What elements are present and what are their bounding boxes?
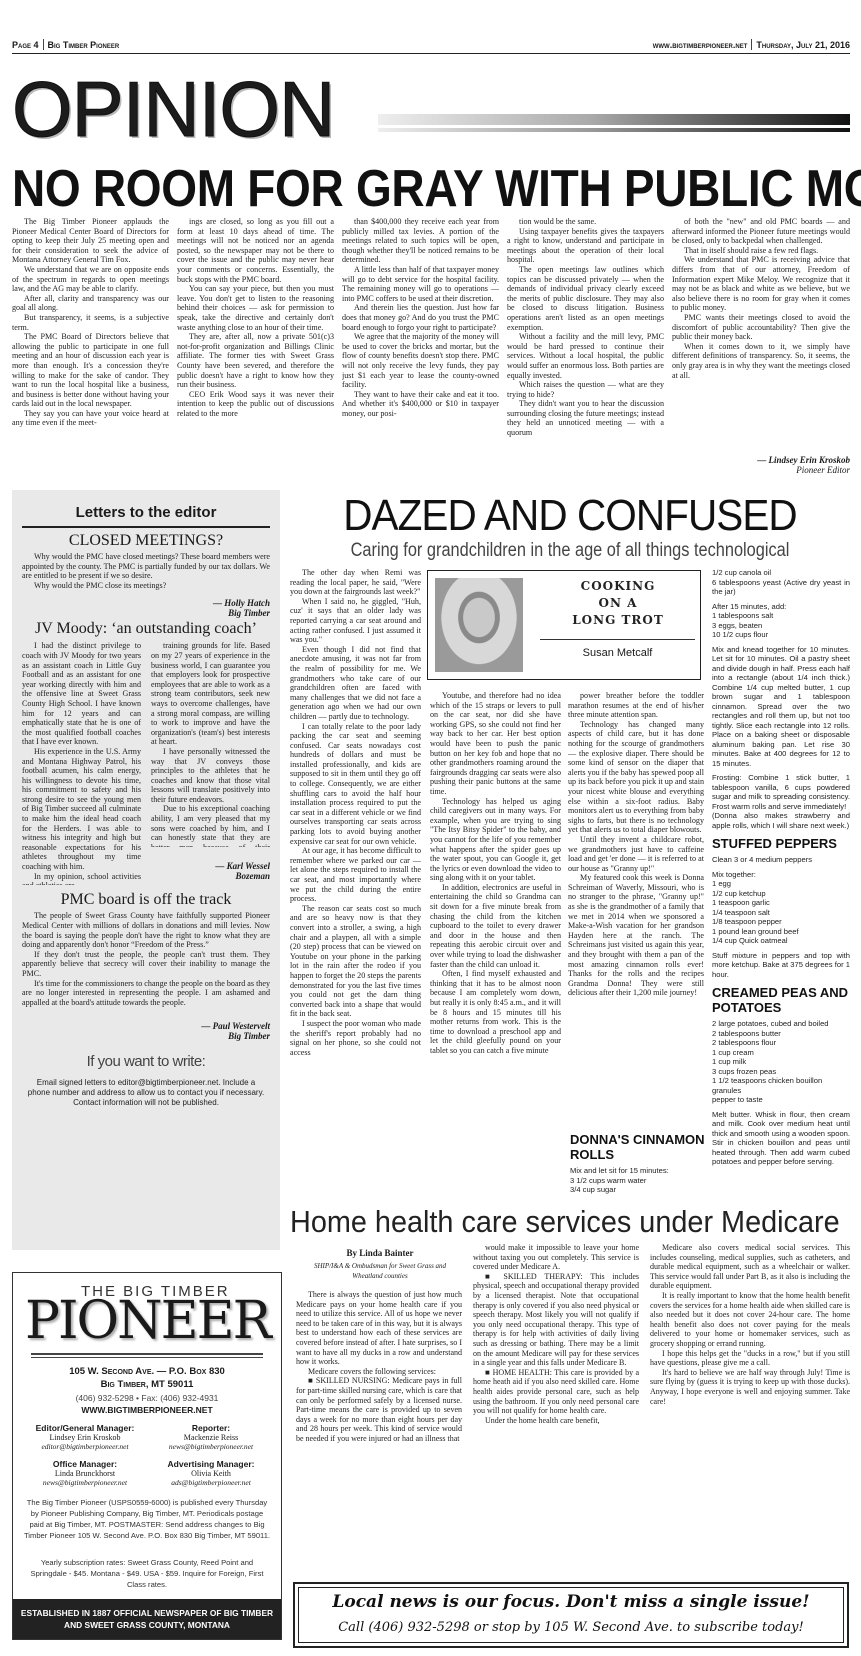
staff-advertising-manager: Advertising Manager: Olivia Keith ads@bi…	[151, 1459, 271, 1487]
paragraph: Medicare also covers medical social serv…	[650, 1243, 850, 1291]
masthead: PIONEER THE BIG TIMBER 105 W. Second Ave…	[12, 1272, 282, 1640]
section-title: Opinion	[12, 70, 334, 148]
paragraph: Technology has changed many aspects of c…	[568, 720, 704, 835]
letter-signature: — Karl Wessel Bozeman	[151, 861, 270, 881]
masthead-website[interactable]: WWW.BIGTIMBERPIONEER.NET	[13, 1405, 281, 1415]
paragraph: I had the distinct privilege to coach wi…	[22, 641, 141, 747]
recipe-title: DONNA'S CINNAMON ROLLS	[570, 1132, 705, 1162]
paragraph: I suspect the poor woman who made the sh…	[290, 1019, 421, 1057]
paragraph: My featured cook this week is Donna Schr…	[568, 873, 704, 998]
recipe-ingredient: 2 tablespoons flour	[712, 1038, 850, 1048]
column-name-line: ON A	[543, 596, 693, 610]
letter-town: Big Timber	[22, 1031, 270, 1041]
paragraph: Under the home health care benefit,	[473, 1416, 639, 1426]
paragraph: ■ HOME HEALTH: This care is provided by …	[473, 1368, 639, 1416]
staff-role: Reporter:	[151, 1423, 271, 1433]
paragraph: They didn't want you to hear the discuss…	[507, 399, 664, 437]
paragraph: ings are closed, so long as you fill out…	[177, 217, 334, 284]
paragraph: If they don't trust the people, the peop…	[22, 950, 270, 979]
paragraph: Medicare covers the following services:	[296, 1367, 462, 1377]
paragraph: They say you can have your voice heard a…	[12, 409, 169, 428]
recipe-ingredient: 2 large potatoes, cubed and boiled	[712, 1019, 850, 1029]
paragraph: Without a facility and the mill levy, PM…	[507, 332, 664, 380]
established-banner: ESTABLISHED IN 1887 OFFICIAL NEWSPAPER O…	[13, 1599, 281, 1639]
staff-reporter: Reporter: Mackenzie Reiss news@bigtimber…	[151, 1423, 271, 1451]
divider	[31, 1353, 263, 1355]
article-subheadline: Caring for grandchildren in the age of a…	[329, 540, 811, 562]
paragraph: They want to have their cake and eat it …	[342, 390, 499, 419]
paragraph: Due to his exceptional coaching ability,…	[151, 804, 270, 847]
paragraph: Often, I find myself exhausted and think…	[430, 969, 561, 1055]
article-column: There is always the question of just how…	[296, 1290, 462, 1575]
masthead-logo: PIONEER	[25, 1293, 270, 1349]
letter-signature: — Holly Hatch Big Timber	[22, 598, 270, 618]
recipe-ingredient: 1 1/2 teaspoons chicken bouillon granule…	[712, 1076, 850, 1095]
issue-date: Thursday, July 21, 2016	[756, 40, 850, 50]
article-column: Medicare also covers medical social serv…	[650, 1243, 850, 1575]
paragraph: That in itself should raise a few red fl…	[672, 246, 850, 256]
editorial-column: of both the "new" and old PMC boards — a…	[672, 217, 850, 447]
recipe-ingredient: 1 cup cream	[712, 1048, 850, 1058]
paragraph: We understand that PMC is receiving advi…	[672, 255, 850, 313]
staff-role: Advertising Manager:	[151, 1459, 271, 1469]
recipe-frosting: Frosting: Combine 1 stick butter, 1 tabl…	[712, 773, 850, 811]
recipe-ingredient: 3 1/2 cups warm water	[570, 1176, 705, 1186]
paragraph: Technology has helped us aging child car…	[430, 797, 561, 883]
byline: By Linda Bainter SHIP/I&A & Ombudsman fo…	[300, 1248, 460, 1281]
editorial-column: ings are closed, so long as you fill out…	[177, 217, 334, 483]
recipe-cinnamon-rolls: DONNA'S CINNAMON ROLLS Mix and let sit f…	[570, 1132, 705, 1195]
recipe-ingredient: 1 egg	[712, 879, 850, 889]
editorial-signature: — Lindsey Erin Kroskob Pioneer Editor	[672, 455, 850, 475]
masthead-city: Big Timber, MT 59011	[13, 1379, 281, 1390]
paragraph: When it comes down to it, we simply have…	[672, 342, 850, 380]
paper-name: Big Timber Pioneer	[48, 40, 120, 50]
paragraph: Until they invent a childcare robot, we …	[568, 835, 704, 873]
paragraph: You can say your piece, but then you mus…	[177, 284, 334, 332]
recipe-step: Mix together:	[712, 870, 850, 880]
recipe-step: Clean 3 or 4 medium peppers	[712, 855, 850, 865]
letter-body: Why would the PMC have closed meetings? …	[22, 552, 270, 590]
page-header: Page 4Big Timber Pioneer www.bigtimberpi…	[12, 36, 850, 54]
paragraph: At our age, it has become difficult to r…	[290, 846, 421, 904]
recipe-ingredient: 1 teaspoon garlic	[712, 898, 850, 908]
subscribe-banner: Local news is our focus. Don't miss a si…	[293, 1582, 849, 1648]
paragraph: A little less than half of that taxpayer…	[342, 265, 499, 303]
letters-box: Letters to the editor CLOSED MEETINGS? W…	[12, 490, 280, 1250]
page-number: Page 4	[12, 40, 39, 50]
staff-email[interactable]: news@bigtimberpioneer.net	[151, 1442, 271, 1451]
paragraph: The open meetings law outlines which top…	[507, 265, 664, 332]
paragraph: Youtube, and therefore had no idea which…	[430, 691, 561, 797]
paragraph: of both the "new" and old PMC boards — a…	[672, 217, 850, 246]
staff-name: Olivia Keith	[151, 1469, 271, 1478]
masthead-logo-prefix: THE BIG TIMBER	[81, 1283, 230, 1300]
recipe-ingredient: 3 eggs, beaten	[712, 621, 850, 631]
staff-email[interactable]: news@bigtimberpioneer.net	[25, 1478, 145, 1487]
article-column: Youtube, and therefore had no idea which…	[430, 691, 561, 1200]
divider	[540, 639, 695, 640]
recipe-ingredient: 1 cup milk	[712, 1057, 850, 1067]
recipe-ingredient: 1 tablespoons salt	[712, 611, 850, 621]
recipe-column: 1/2 cup canola oil 6 tablespoons yeast (…	[712, 568, 850, 1167]
letter-headline: JV Moody: ‘an outstanding coach’	[12, 620, 280, 638]
letter-author: — Paul Westervelt	[22, 1021, 270, 1031]
paragraph: There is always the question of just how…	[296, 1290, 462, 1367]
section-decoration-bar	[378, 114, 850, 125]
author-photo	[435, 578, 523, 672]
recipe-ingredient: 6 tablespoons yeast (Active dry yeast in…	[712, 578, 850, 597]
paragraph: The people of Sweet Grass County have fa…	[22, 911, 270, 949]
paragraph: We understand that we are on opposite en…	[12, 265, 169, 294]
paragraph: ■ SKILLED NURSING: Medicare pays in full…	[296, 1376, 462, 1443]
paragraph: It is really important to know that the …	[650, 1291, 850, 1349]
paragraph: The reason car seats cost so much and ar…	[290, 904, 421, 1019]
paragraph: would make it impossible to leave your h…	[473, 1243, 639, 1272]
write-instructions-title: If you want to write:	[12, 1053, 280, 1070]
paragraph: The other day when Remi was reading the …	[290, 568, 421, 597]
paragraph: They are, after all, now a private 501(c…	[177, 332, 334, 390]
article-headline: DAZED AND CONFUSED	[312, 493, 827, 539]
article-column: The other day when Remi was reading the …	[290, 568, 421, 1200]
recipe-ingredient: 3 cups frozen peas	[712, 1067, 850, 1077]
editorial-headline: NO ROOM FOR GRAY WITH PUBLIC MONEY	[12, 160, 852, 216]
paragraph: CEO Erik Wood says it was never their in…	[177, 390, 334, 419]
section-decoration-bar	[378, 128, 850, 132]
recipe-ingredient: 1/8 teaspoon pepper	[712, 917, 850, 927]
recipe-step: After 15 minutes, add:	[712, 602, 850, 612]
divider	[31, 1357, 263, 1358]
header-left: Page 4Big Timber Pioneer	[12, 39, 119, 50]
staff-name: Lindsey Erin Kroskob	[25, 1433, 145, 1442]
paragraph: ■ SKILLED THERAPY: This includes physica…	[473, 1272, 639, 1368]
banner-headline: Local news is our focus. Don't miss a si…	[295, 1592, 847, 1612]
recipe-directions: Stuff mixture in peppers and top with mo…	[712, 951, 850, 980]
website-link[interactable]: www.bigtimberpioneer.net	[653, 40, 748, 50]
byline-title: SHIP/I&A & Ombudsman for Sweet Grass and…	[300, 1261, 460, 1281]
recipe-ingredients: 2 large potatoes, cubed and boiled2 tabl…	[712, 1019, 850, 1105]
recipe-ingredient: 1/4 teaspoon salt	[712, 908, 850, 918]
article-column: would make it impossible to leave your h…	[473, 1243, 639, 1575]
paragraph: Why would the PMC close its meetings?	[22, 581, 270, 591]
write-instructions-body: Email signed letters to editor@bigtimber…	[26, 1078, 266, 1108]
recipe-step: Mix and let sit for 15 minutes:	[570, 1166, 705, 1176]
staff-editor: Editor/General Manager: Lindsey Erin Kro…	[25, 1423, 145, 1451]
staff-name: Mackenzie Reiss	[151, 1433, 271, 1442]
paragraph: But transparency, it seems, is a subject…	[12, 313, 169, 332]
paragraph: I can totally relate to the poor lady pa…	[290, 722, 421, 847]
paragraph: His experience in the U.S. Army and Mont…	[22, 747, 141, 872]
recipe-title: CREAMED PEAS AND POTATOES	[712, 985, 850, 1015]
recipe-directions: Melt butter. Whisk in flour, then cream …	[712, 1110, 850, 1167]
recipe-ingredient: 1 pound lean ground beef	[712, 927, 850, 937]
staff-role: Editor/General Manager:	[25, 1423, 145, 1433]
signature-name: — Lindsey Erin Kroskob	[672, 455, 850, 465]
paragraph: PMC wants their meetings closed to avoid…	[672, 313, 850, 342]
paragraph: training grounds for life. Based on my 2…	[151, 641, 270, 747]
recipe-ingredient: 1/2 cup canola oil	[712, 568, 850, 578]
subscription-rates: Yearly subscription rates: Sweet Grass C…	[13, 1557, 281, 1590]
paragraph: The Big Timber Pioneer applauds the Pion…	[12, 217, 169, 265]
paragraph: And therein lies the question. Just how …	[342, 303, 499, 332]
letters-title: Letters to the editor	[12, 490, 280, 521]
divider	[43, 39, 44, 50]
letter-town: Bozeman	[151, 871, 270, 881]
letter-body: training grounds for life. Based on my 2…	[151, 641, 270, 847]
letter-author: — Karl Wessel	[151, 861, 270, 871]
recipe-ingredient: 2 tablespoons butter	[712, 1029, 850, 1039]
recipe-ingredient: 3/4 cup sugar	[570, 1185, 705, 1195]
letter-column: training grounds for life. Based on my 2…	[151, 641, 270, 885]
staff-office-manager: Office Manager: Linda Brunckhorst news@b…	[25, 1459, 145, 1487]
recipe-ingredient: 10 1/2 cups flour	[712, 630, 850, 640]
paragraph: Which raises the question — what are the…	[507, 380, 664, 399]
masthead-phone: (406) 932-5298 • Fax: (406) 932-4931	[13, 1393, 281, 1403]
publication-info: The Big Timber Pioneer (USPS0559-6000) i…	[13, 1497, 281, 1541]
letter-body: The people of Sweet Grass County have fa…	[22, 911, 270, 1007]
paragraph: than $400,000 they receive each year fro…	[342, 217, 499, 265]
paragraph: I hope this helps get the "ducks in a ro…	[650, 1349, 850, 1368]
paragraph: In my opinion, school activities and ath…	[22, 872, 141, 886]
banner-call-to-action: Call (406) 932-5298 or stop by 105 W. Se…	[295, 1620, 847, 1635]
divider	[22, 526, 270, 528]
paragraph: In addition, electronics are useful in e…	[430, 883, 561, 969]
paragraph: We agree that the majority of the money …	[342, 332, 499, 390]
paragraph: Even though I did not find that anecdote…	[290, 645, 421, 722]
paragraph: power breather before the toddler marath…	[568, 691, 704, 720]
letter-author: — Holly Hatch	[22, 598, 270, 608]
paragraph: The PMC Board of Directors believe that …	[12, 332, 169, 409]
column-header-box: COOKING ON A LONG TROT Susan Metcalf	[427, 570, 701, 680]
letter-headline: PMC board is off the track	[12, 891, 280, 909]
byline-author: By Linda Bainter	[300, 1248, 460, 1258]
editorial-column: tion would be the same.Using taxpayer be…	[507, 217, 664, 483]
paragraph: Why would the PMC have closed meetings? …	[22, 552, 270, 581]
recipe-ingredient: pepper to taste	[712, 1095, 850, 1105]
divider	[751, 39, 752, 50]
column-author: Susan Metcalf	[540, 647, 695, 659]
paragraph: It's time for the commissioners to chang…	[22, 979, 270, 1008]
recipe-ingredients: 1 egg1/2 cup ketchup1 teaspoon garlic1/4…	[712, 879, 850, 946]
masthead-address: 105 W. Second Ave. — P.O. Box 830	[13, 1366, 281, 1377]
staff-email[interactable]: ads@bigtimberpioneer.net	[151, 1478, 271, 1487]
editorial-column: than $400,000 they receive each year fro…	[342, 217, 499, 483]
column-name-line: COOKING	[543, 579, 693, 593]
recipe-ingredient: 1/2 cup ketchup	[712, 889, 850, 899]
letter-body: I had the distinct privilege to coach wi…	[22, 641, 141, 885]
signature-title: Pioneer Editor	[672, 465, 850, 475]
staff-email[interactable]: editor@bigtimberpioneer.net	[25, 1442, 145, 1451]
recipe-directions: Mix and knead together for 10 minutes. L…	[712, 645, 850, 769]
letter-columns: I had the distinct privilege to coach wi…	[22, 641, 270, 885]
letter-headline: CLOSED MEETINGS?	[12, 532, 280, 550]
editorial-column: The Big Timber Pioneer applauds the Pion…	[12, 217, 169, 483]
paragraph: It's hard to believe we are half way thr…	[650, 1368, 850, 1406]
header-right: www.bigtimberpioneer.netThursday, July 2…	[653, 39, 850, 50]
column-name-line: LONG TROT	[543, 613, 693, 627]
recipe-ingredient: 1/4 cup Quick oatmeal	[712, 936, 850, 946]
article-headline: Home health care services under Medicare	[290, 1205, 811, 1239]
paragraph: I have personally witnessed the way that…	[151, 747, 270, 805]
letter-town: Big Timber	[22, 608, 270, 618]
paragraph: tion would be the same.	[507, 217, 664, 227]
paragraph: Using taxpayer benefits gives the taxpay…	[507, 227, 664, 265]
letter-signature: — Paul Westervelt Big Timber	[22, 1021, 270, 1041]
recipe-title: STUFFED PEPPERS	[712, 836, 850, 851]
staff-name: Linda Brunckhorst	[25, 1469, 145, 1478]
paragraph: After all, clarity and transparency was …	[12, 294, 169, 313]
staff-role: Office Manager:	[25, 1459, 145, 1469]
recipe-note: (Donna also makes strawberry and apple r…	[712, 811, 850, 830]
paragraph: When I said no, he giggled, "Huh, cuz' i…	[290, 597, 421, 645]
article-column: power breather before the toddler marath…	[568, 691, 704, 1126]
